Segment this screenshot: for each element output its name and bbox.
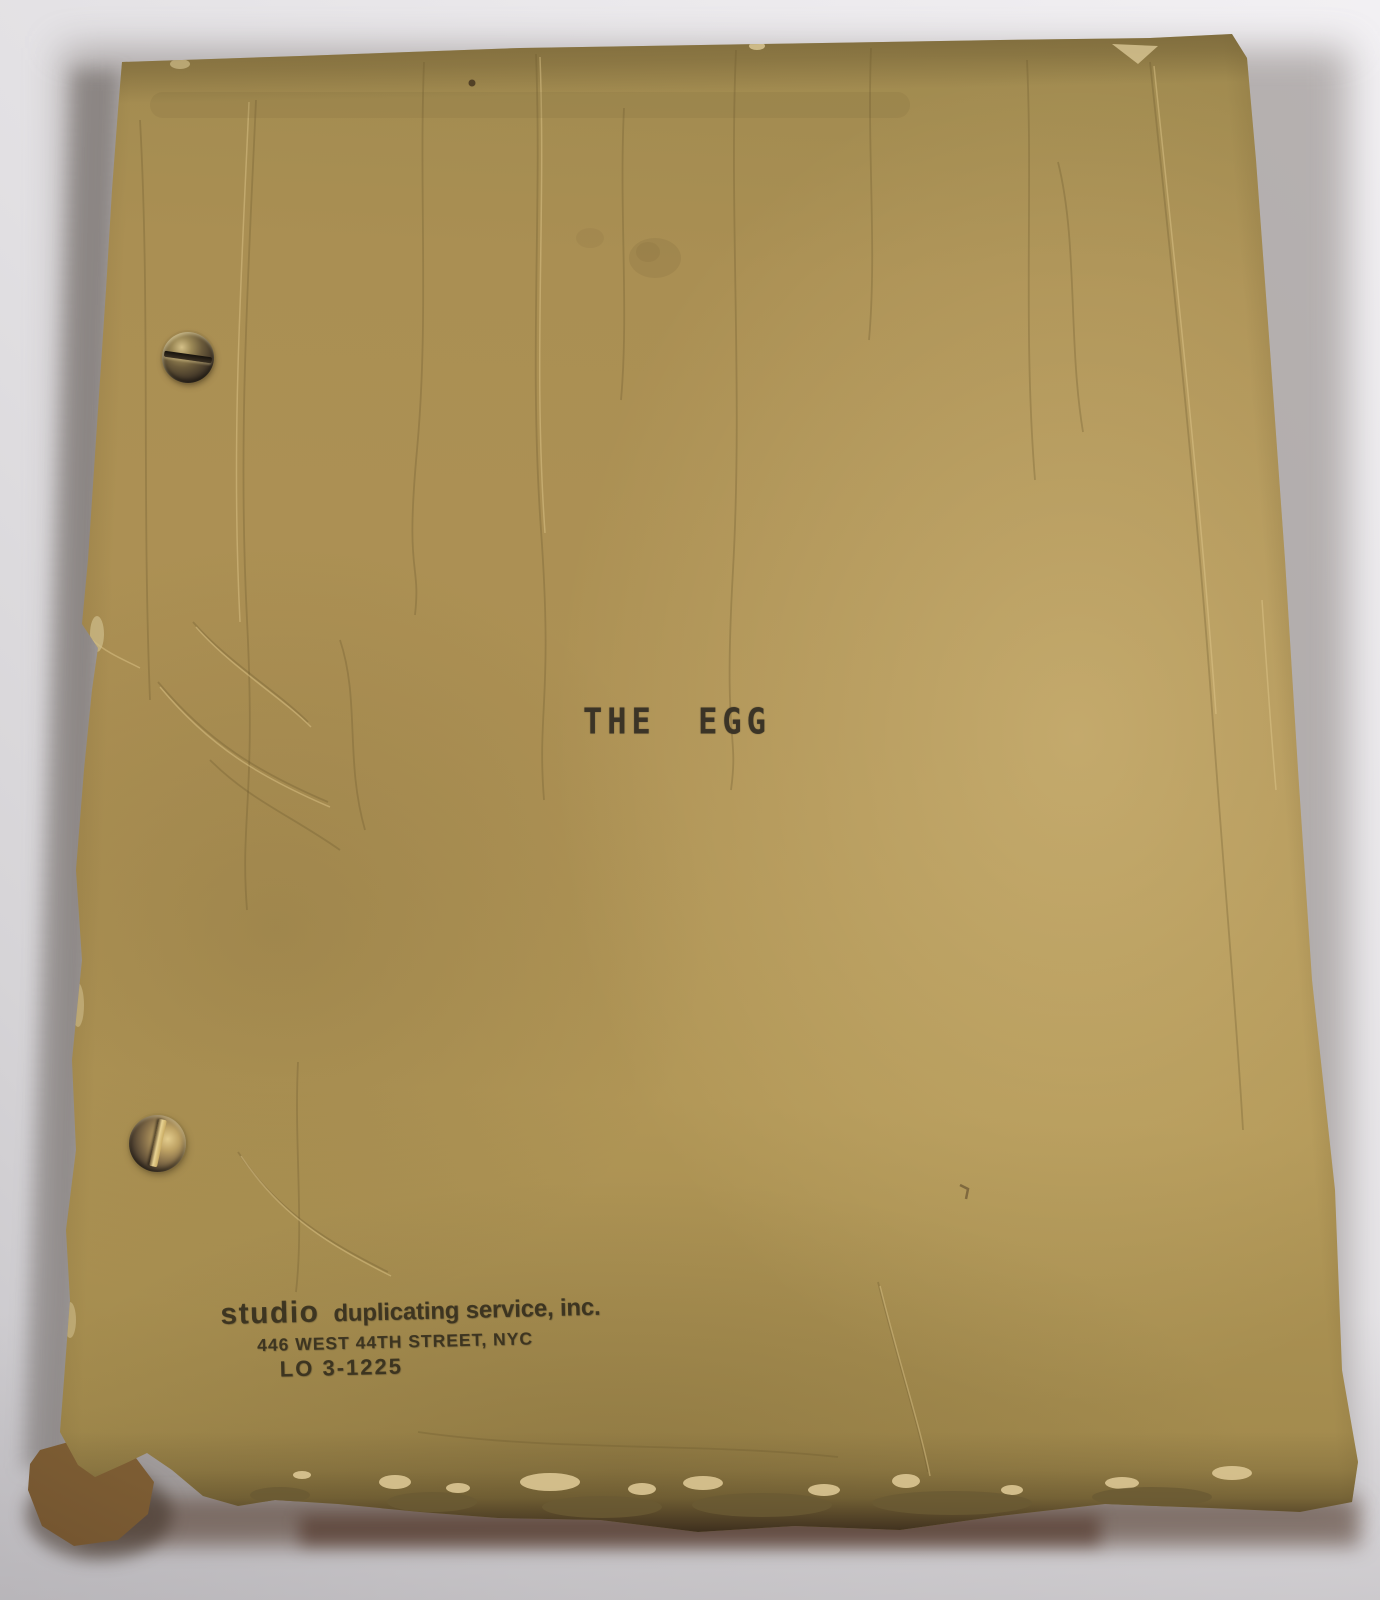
- binding-screw-top: [162, 332, 214, 383]
- cover-title: THE EGG: [583, 700, 771, 743]
- duplication-stamp: studioduplicating service, inc. 446 WEST…: [220, 1289, 602, 1384]
- screw-slot-bottom: [149, 1119, 167, 1168]
- script-cover: THE EGG studioduplicating service, inc. …: [0, 0, 1380, 1600]
- photo-background: THE EGG studioduplicating service, inc. …: [0, 0, 1380, 1600]
- screw-slot-top: [164, 351, 212, 364]
- binding-screw-bottom: [129, 1115, 186, 1172]
- stamp-company-rest: duplicating service, inc.: [333, 1294, 601, 1328]
- cover-wear-texture: [0, 0, 1380, 1600]
- stamp-company-bold: studio: [220, 1296, 320, 1331]
